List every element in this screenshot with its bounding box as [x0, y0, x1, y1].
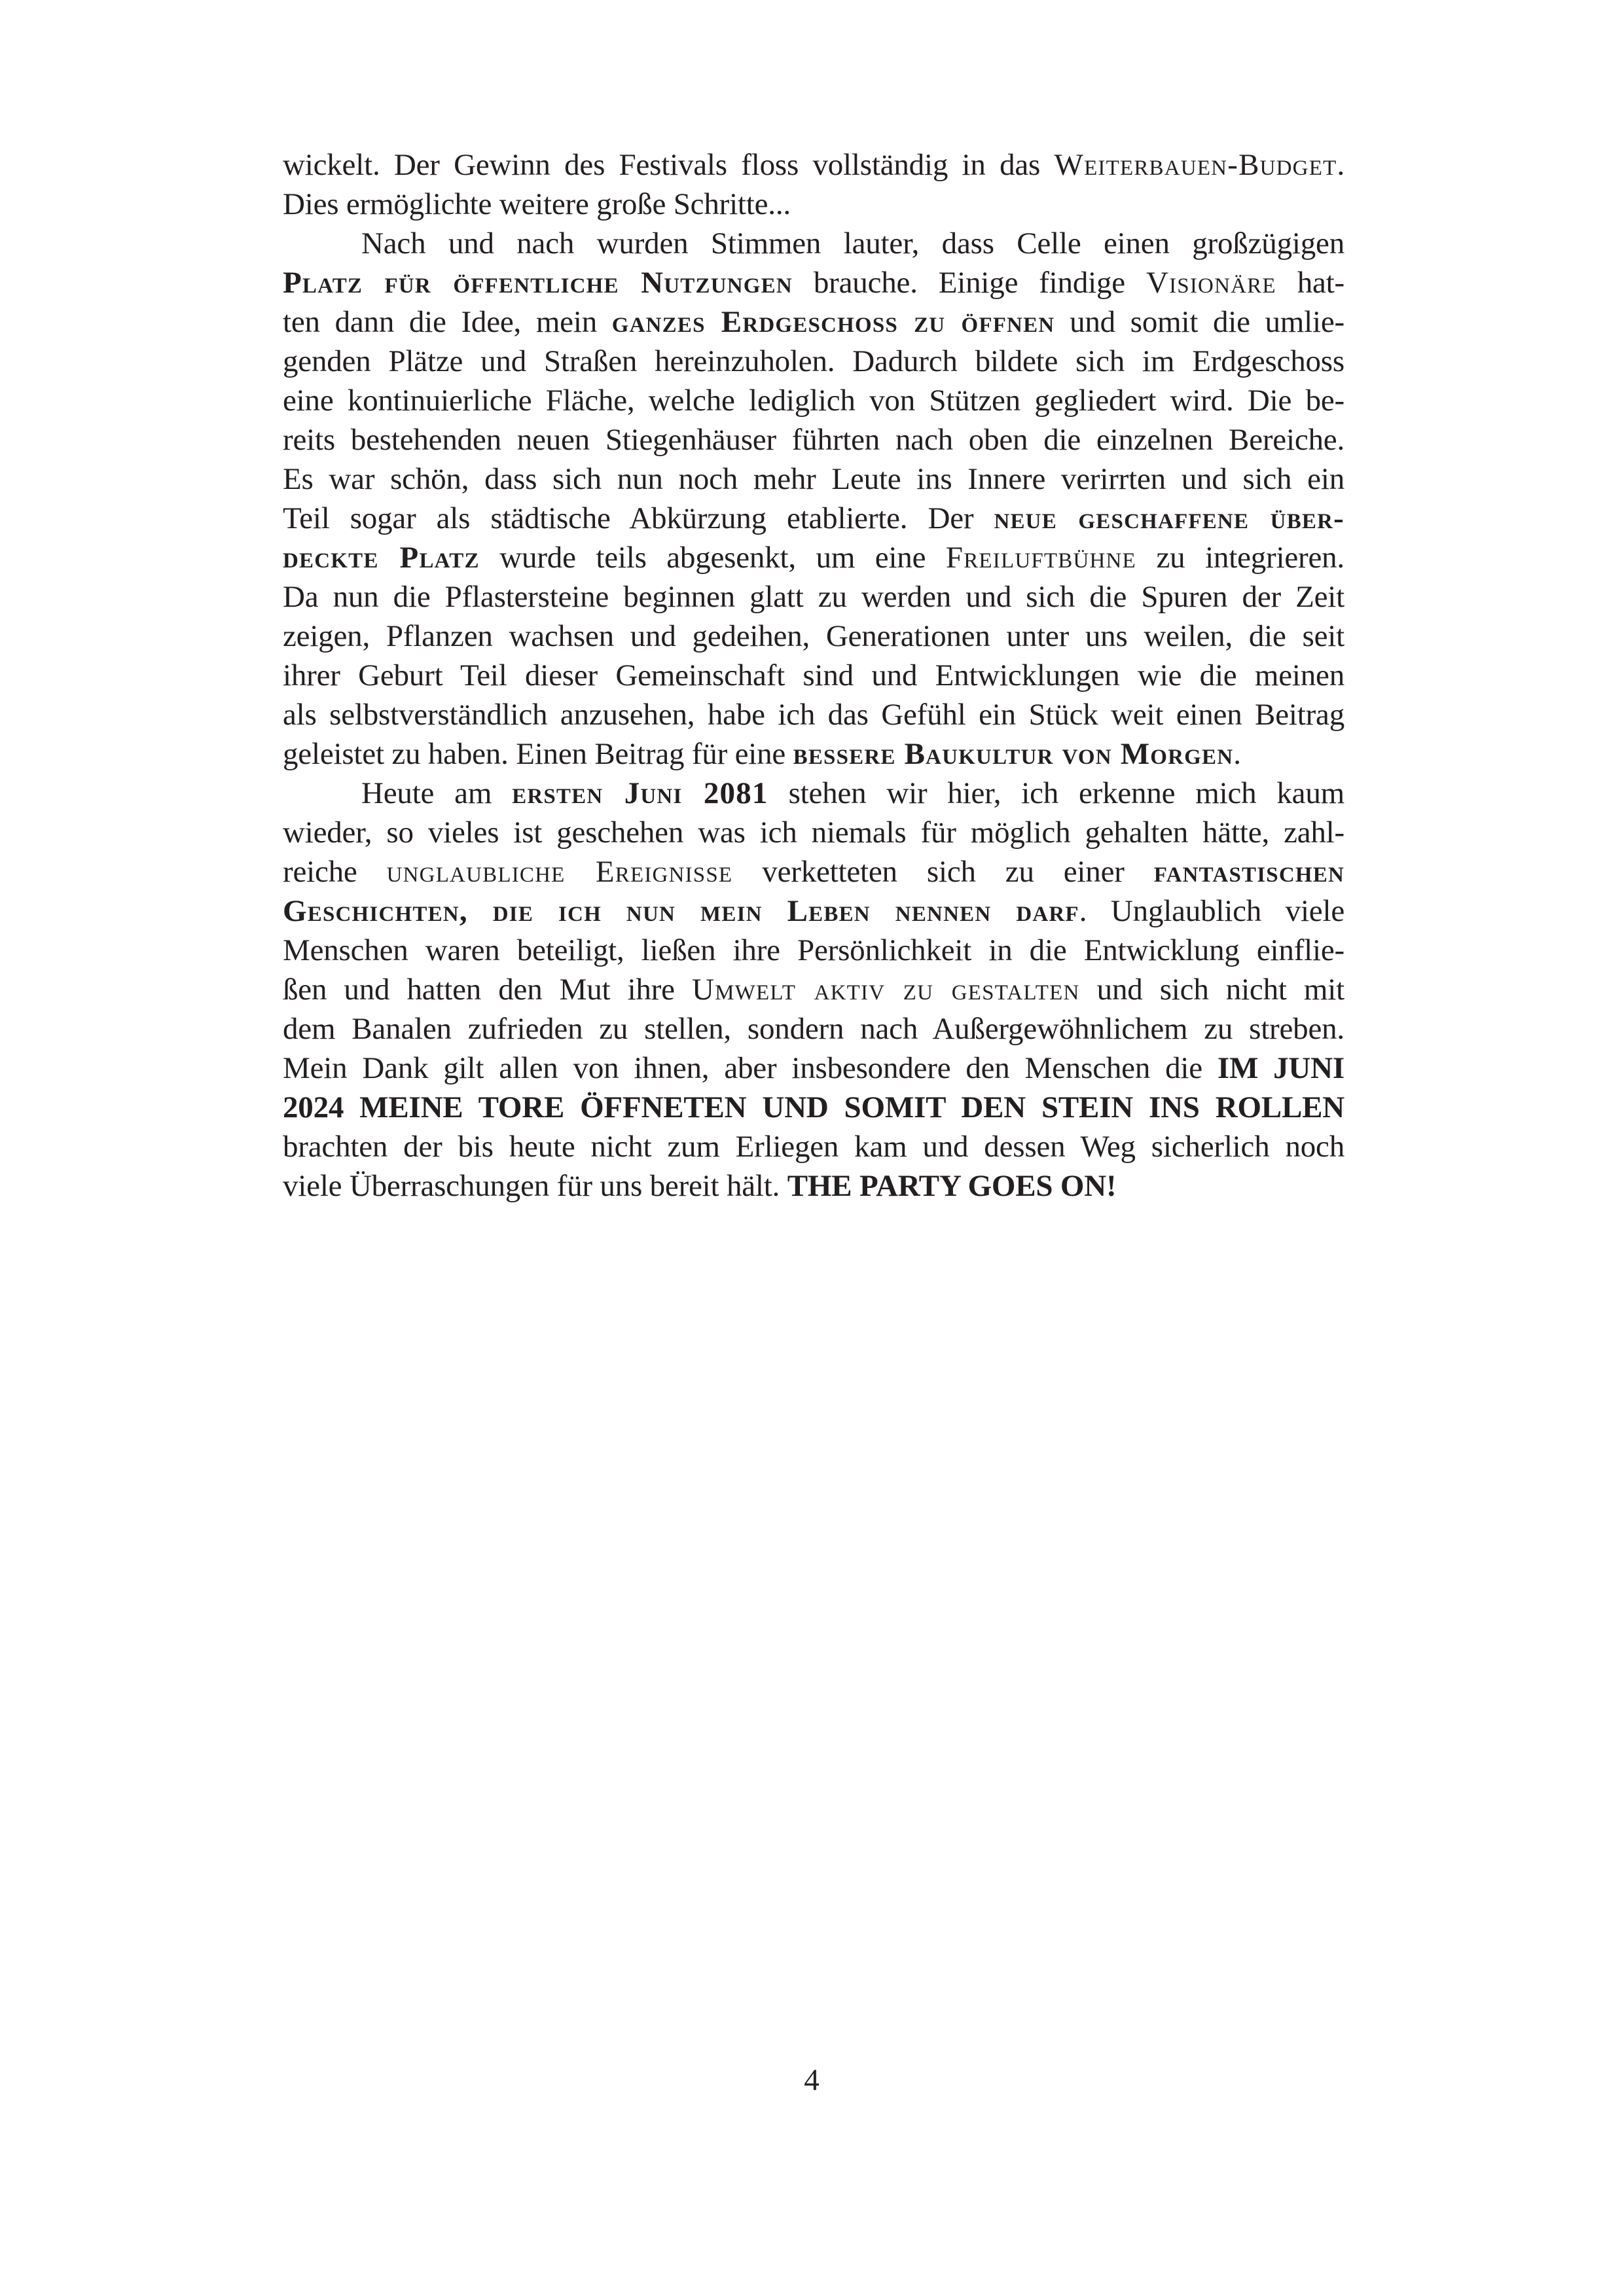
bold-emphasis: 2024 MEINE TORE ÖFFNETEN UND SOMIT DEN S… [283, 1090, 1344, 1124]
text-line: Mein Dank gilt allen von ihnen, aber ins… [283, 1049, 1344, 1088]
text-run: zu integrieren. [1136, 541, 1344, 575]
text-run: brachten der bis heute nicht zum Erliege… [283, 1130, 1344, 1164]
text-run: Dies ermöglichte weitere große Schritte.… [283, 187, 791, 221]
text-run: ihrer Geburt Teil dieser Gemeinschaft si… [283, 658, 1344, 692]
text-run: wurde teils abgesenkt, um eine [480, 541, 946, 575]
bold-small-caps-emphasis: Platz für öffentliche Nutzungen [283, 266, 793, 300]
text-line: viele Überraschungen für uns bereit hält… [283, 1166, 1344, 1206]
text-line: ihrer Geburt Teil dieser Gemeinschaft si… [283, 656, 1344, 695]
text-run: als selbstverständlich anzusehen, habe i… [283, 698, 1344, 732]
text-run: wieder, so vieles ist geschehen was ich … [283, 816, 1344, 850]
text-run: genden Plätze und Straßen hereinzuholen.… [283, 344, 1344, 378]
text-run: . Unglaublich viele [1079, 894, 1344, 928]
bold-small-caps-emphasis: ganzes Erdgeschoss zu öffnen [612, 305, 1055, 339]
small-caps-emphasis: Visionäre [1146, 266, 1276, 300]
paragraph: Nach und nach wurden Stimmen lauter, das… [283, 224, 1344, 774]
text-run: Es war schön, dass sich nun noch mehr Le… [283, 462, 1344, 496]
text-line: dem Banalen zufrieden zu stellen, sonder… [283, 1009, 1344, 1049]
text-line: genden Plätze und Straßen hereinzuholen.… [283, 342, 1344, 381]
document-page: wickelt. Der Gewinn des Festivals floss … [0, 0, 1624, 2296]
text-line: deckte Platz wurde teils abgesenkt, um e… [283, 538, 1344, 577]
text-line: geleistet zu haben. Einen Beitrag für ei… [283, 734, 1344, 774]
text-line: Menschen waren beteiligt, ließen ihre Pe… [283, 931, 1344, 970]
text-run: . [1233, 737, 1241, 771]
text-line: reiche unglaubliche Ereignisse verkettet… [283, 852, 1344, 891]
page-number: 4 [785, 2060, 838, 2100]
text-run: zeigen, Pflanzen wachsen und gedeihen, G… [283, 619, 1344, 653]
text-line: wieder, so vieles ist geschehen was ich … [283, 813, 1344, 852]
text-run: und somit die umlie- [1055, 305, 1344, 339]
text-line: wickelt. Der Gewinn des Festivals floss … [283, 145, 1344, 185]
body-text: wickelt. Der Gewinn des Festivals floss … [283, 145, 1344, 1206]
small-caps-emphasis: Weiterbauen-Budget [1055, 148, 1337, 182]
text-run: reiche [283, 855, 387, 889]
paragraph: Heute am ersten Juni 2081 stehen wir hie… [283, 774, 1344, 1206]
text-run: viele Überraschungen für uns bereit hält… [283, 1169, 787, 1203]
text-line: ßen und hatten den Mut ihre Umwelt aktiv… [283, 970, 1344, 1009]
bold-emphasis: THE PARTY GOES ON! [787, 1169, 1117, 1203]
text-line: brachten der bis heute nicht zum Erliege… [283, 1127, 1344, 1166]
text-line: Nach und nach wurden Stimmen lauter, das… [283, 224, 1344, 263]
text-line: Geschichten, die ich nun mein Leben nenn… [283, 891, 1344, 931]
bold-emphasis: IM JUNI [1218, 1051, 1344, 1085]
text-line: als selbstverständlich anzusehen, habe i… [283, 695, 1344, 734]
small-caps-emphasis: unglaubliche Ereignisse [387, 855, 733, 889]
small-caps-emphasis: Freiluftbühne [946, 541, 1136, 575]
text-run: reits bestehenden neuen Stiegenhäuser fü… [283, 423, 1344, 457]
bold-small-caps-emphasis: fantastischen [1154, 855, 1344, 889]
text-run: und sich nicht mit [1080, 973, 1344, 1007]
text-line: ten dann die Idee, mein ganzes Erdgescho… [283, 302, 1344, 342]
text-run: Menschen waren beteiligt, ließen ihre Pe… [283, 933, 1344, 967]
text-run: eine kontinuierliche Fläche, welche ledi… [283, 384, 1344, 418]
text-line: reits bestehenden neuen Stiegenhäuser fü… [283, 420, 1344, 459]
text-line: Teil sogar als städtische Abkürzung etab… [283, 499, 1344, 538]
text-run: Mein Dank gilt allen von ihnen, aber ins… [283, 1051, 1218, 1085]
text-line: zeigen, Pflanzen wachsen und gedeihen, G… [283, 617, 1344, 656]
paragraph: wickelt. Der Gewinn des Festivals floss … [283, 145, 1344, 224]
bold-small-caps-emphasis: ersten Juni 2081 [512, 776, 768, 810]
text-run: Heute am [361, 776, 512, 810]
text-run: geleistet zu haben. Einen Beitrag für ei… [283, 737, 793, 771]
text-line: Heute am ersten Juni 2081 stehen wir hie… [283, 774, 1344, 813]
text-run: . [1337, 148, 1344, 182]
text-run: verketteten sich zu einer [732, 855, 1153, 889]
text-line: Platz für öffentliche Nutzungen brauche.… [283, 263, 1344, 302]
small-caps-emphasis: Umwelt aktiv zu gestalten [692, 973, 1080, 1007]
text-run: ßen und hatten den Mut ihre [283, 973, 692, 1007]
text-line: Da nun die Pflastersteine beginnen glatt… [283, 577, 1344, 617]
text-run: stehen wir hier, ich erkenne mich kaum [768, 776, 1344, 810]
bold-small-caps-emphasis: deckte Platz [283, 541, 480, 575]
text-line: 2024 MEINE TORE ÖFFNETEN UND SOMIT DEN S… [283, 1088, 1344, 1127]
text-line: Es war schön, dass sich nun noch mehr Le… [283, 459, 1344, 499]
text-run: Nach und nach wurden Stimmen lauter, das… [361, 226, 1344, 260]
bold-small-caps-emphasis: bessere Baukultur von Morgen [793, 737, 1234, 771]
bold-small-caps-emphasis: neue geschaffene über- [994, 501, 1344, 535]
text-run: brauche. Einige findige [793, 266, 1146, 300]
text-run: ten dann die Idee, mein [283, 305, 612, 339]
text-line: Dies ermöglichte weitere große Schritte.… [283, 185, 1344, 224]
bold-small-caps-emphasis: Geschichten, die ich nun mein Leben nenn… [283, 894, 1079, 928]
text-run: Da nun die Pflastersteine beginnen glatt… [283, 580, 1344, 614]
text-run: hat- [1276, 266, 1344, 300]
text-run: dem Banalen zufrieden zu stellen, sonder… [283, 1012, 1344, 1046]
text-run: Teil sogar als städtische Abkürzung etab… [283, 501, 994, 535]
text-run: wickelt. Der Gewinn des Festivals floss … [283, 148, 1055, 182]
text-line: eine kontinuierliche Fläche, welche ledi… [283, 381, 1344, 420]
